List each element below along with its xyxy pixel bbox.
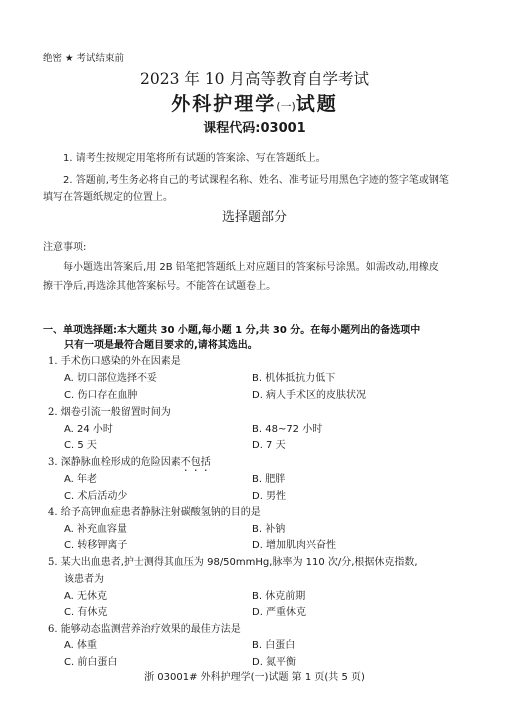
instruction-2-line2: 填写在答题纸规定的位置上。 (43, 188, 173, 203)
question-4-option-d: D. 增加肌肉兴奋性 (252, 536, 336, 551)
question-3-option-c: C. 术后活动少 (64, 487, 127, 502)
page-footer: 浙 03001# 外科护理学(一)试题 第 1 页(共 5 页) (0, 668, 509, 683)
question-4-option-a: A. 补充血容量 (64, 520, 127, 535)
question-6-option-a: A. 体重 (64, 636, 97, 651)
notes-line-1: 每小题选出答案后,用 2B 铅笔把答题纸上对应题目的答案标号涂黑。如需改动,用橡… (63, 258, 439, 273)
question-4-stem: 4. 给予高钾血症患者静脉注射碳酸氢钠的目的是 (48, 503, 261, 518)
question-2-stem: 2. 烟卷引流一般留置时间为 (48, 403, 171, 418)
question-3-option-d: D. 男性 (252, 487, 286, 502)
course-code: 课程代码:03001 (0, 117, 509, 136)
instruction-1: 1. 请考生按规定用笔将所有试题的答案涂、写在答题纸上。 (63, 149, 326, 164)
part1-heading-line1: 一、单项选择题:本大题共 30 小题,每小题 1 分,共 30 分。在每小题列出… (43, 321, 420, 336)
question-6-stem: 6. 能够动态监测营养治疗效果的最佳方法是 (48, 620, 241, 635)
question-5-stem: 5. 某大出血患者,护士测得其血压为 98/50mmHg,脉率为 110 次/分… (48, 553, 418, 568)
subject-main: 外科护理学 (171, 93, 276, 115)
subject-title: 外科护理学(一)试题 (0, 89, 509, 116)
confidential-label: 绝密 ★ 考试结束前 (43, 50, 124, 64)
emphasis-not-include: 不包括 (181, 457, 211, 468)
question-1-option-c: C. 伤口存在血肿 (64, 386, 137, 401)
notes-line-2: 擦干净后,再选涂其他答案标号。不能答在试题卷上。 (43, 277, 276, 292)
question-1-option-a: A. 切口部位选择不妥 (64, 369, 157, 384)
notes-label: 注意事项: (43, 238, 86, 253)
question-5-stem-line2: 该患者为 (64, 570, 104, 585)
part1-heading-line2: 只有一项是最符合题目要求的,请将其选出。 (64, 336, 258, 351)
question-1-stem: 1. 手术伤口感染的外在因素是 (48, 352, 181, 367)
question-2-option-b: B. 48~72 小时 (252, 420, 322, 435)
section-title: 选择题部分 (0, 206, 509, 225)
question-2-option-a: A. 24 小时 (64, 420, 113, 435)
question-4-option-b: B. 补钠 (252, 520, 285, 535)
question-1-option-b: B. 机体抵抗力低下 (252, 369, 335, 384)
question-5-option-b: B. 休克前期 (252, 587, 305, 602)
question-6-option-c: C. 前白蛋白 (64, 653, 117, 668)
question-3-option-b: B. 肥胖 (252, 470, 285, 485)
question-1-option-d: D. 病人手术区的皮肤状况 (252, 386, 366, 401)
question-6-option-b: B. 白蛋白 (252, 636, 295, 651)
question-5-option-c: C. 有休克 (64, 603, 107, 618)
subject-suffix: 试题 (296, 93, 338, 115)
question-6-option-d: D. 氮平衡 (252, 653, 296, 668)
question-5-option-d: D. 严重休克 (252, 603, 306, 618)
question-4-option-c: C. 转移钾离子 (64, 536, 127, 551)
question-2-option-c: C. 5 天 (64, 436, 97, 451)
instruction-2-line1: 2. 答题前,考生务必将自己的考试课程名称、姓名、准考证号用黑色字迹的签字笔或钢… (63, 171, 449, 186)
exam-title: 2023 年 10 月高等教育自学考试 (0, 67, 509, 89)
subject-paren: (一) (276, 100, 296, 113)
question-3-option-a: A. 年老 (64, 470, 97, 485)
question-5-option-a: A. 无休克 (64, 587, 107, 602)
question-2-option-d: D. 7 天 (252, 436, 286, 451)
